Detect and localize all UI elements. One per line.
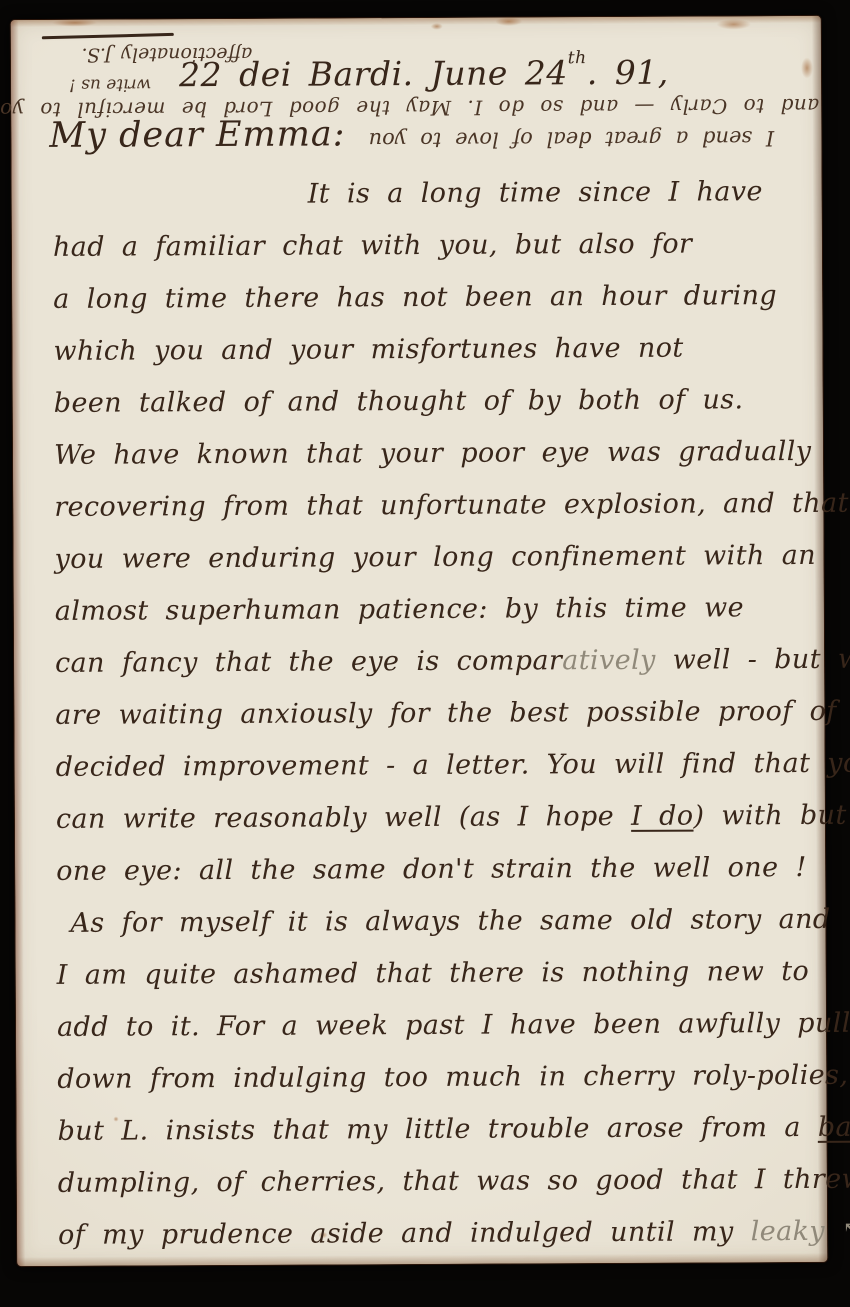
inverted-love-line: I send a great deal of love to you xyxy=(332,116,810,163)
letter-text-segment: It is a long time since I have xyxy=(308,176,763,209)
letter-text-segment: are waiting anxiously for the best possi… xyxy=(55,696,836,731)
letter-line: of my prudence aside and indulged until … xyxy=(58,1206,818,1262)
letter-paper: affectionately J.S. write us ! and to Ca… xyxy=(11,16,828,1266)
letter-text-segment: We have known that your poor eye was gra… xyxy=(54,436,812,471)
letter-text-segment: recovering from that unfortunate explosi… xyxy=(54,488,849,523)
letter-line: are waiting anxiously for the best possi… xyxy=(55,686,815,742)
letter-line: been talked of and thought of by both of… xyxy=(54,374,814,430)
letter-text-segment: add to it. For a week past I have been a… xyxy=(57,1008,850,1043)
letter-text-segment: been talked of and thought of by both of… xyxy=(54,384,744,419)
letter-line: which you and your misfortunes have not xyxy=(53,322,813,378)
letter-line: add to it. For a week past I have been a… xyxy=(57,998,817,1054)
letter-line: had a familiar chat with you, but also f… xyxy=(53,218,813,274)
date-ordinal-suffix: th xyxy=(568,48,587,68)
letter-line: but L. insists that my little trouble ar… xyxy=(57,1102,817,1158)
letter-text-segment: but L. insists that my little trouble ar… xyxy=(57,1112,817,1147)
letter-line: can write reasonably well (as I hope I d… xyxy=(56,790,816,846)
letter-text-segment: can write reasonably well (as I hope xyxy=(56,801,631,835)
letter-text-segment: ) with but xyxy=(693,800,846,832)
letter-text-segment: leaky ↖ xyxy=(751,1216,850,1248)
letter-text-segment: atively xyxy=(562,645,656,676)
letter-line: a long time there has not been an hour d… xyxy=(53,270,813,326)
foxing-stain xyxy=(45,18,105,28)
letter-text-segment: I do xyxy=(631,801,694,832)
salutation: My dear Emma: xyxy=(49,114,345,156)
letter-line: I am quite ashamed that there is nothing… xyxy=(57,946,817,1002)
letter-text-segment: which you and your misfortunes have not xyxy=(53,333,683,367)
letter-line: We have known that your poor eye was gra… xyxy=(54,426,814,482)
letter-text-segment: one eye: all the same don't strain the w… xyxy=(56,852,807,887)
year-text: . 91, xyxy=(587,53,669,92)
foxing-stain xyxy=(429,22,445,31)
letter-text-segment: can fancy that the eye is compar xyxy=(55,645,562,679)
letter-line: It is a long time since I have xyxy=(53,166,813,222)
letter-text-segment: decided improvement - a letter. You will… xyxy=(56,748,850,783)
address-text: 22 dei Bardi. xyxy=(179,54,414,94)
letter-line: decided improvement - a letter. You will… xyxy=(56,738,816,794)
letter-text-segment: well - but we xyxy=(656,644,850,676)
letter-text-segment: almost superhuman patience: by this time… xyxy=(55,592,744,627)
letter-body: It is a long time since I havehad a fami… xyxy=(53,166,819,1262)
letter-line: you were enduring your long confinement … xyxy=(54,530,814,586)
letter-text-segment: As for myself it is always the same old … xyxy=(70,904,830,939)
letter-line: almost superhuman patience: by this time… xyxy=(55,582,815,638)
dateline: 22 dei Bardi. June 24th. 91, xyxy=(179,53,669,95)
letter-text-segment: had a familiar chat with you, but also f… xyxy=(53,229,693,263)
letter-text-segment: I am quite ashamed that there is nothing… xyxy=(57,956,810,991)
date-text: June 24 xyxy=(430,53,567,93)
letter-line: As for myself it is always the same old … xyxy=(56,894,816,950)
foxing-stain xyxy=(711,17,757,31)
photo-backdrop: affectionately J.S. write us ! and to Ca… xyxy=(0,0,850,1307)
letter-text-segment: down from indulging too much in cherry r… xyxy=(57,1060,848,1095)
letter-line: down from indulging too much in cherry r… xyxy=(57,1050,817,1106)
letter-line: recovering from that unfortunate explosi… xyxy=(54,478,814,534)
letter-text-segment: batter xyxy=(818,1111,850,1142)
letter-line: dumpling, of cherries, that was so good … xyxy=(58,1154,818,1210)
letter-text-segment: you were enduring your long confinement … xyxy=(54,540,816,575)
letter-line: can fancy that the eye is comparatively … xyxy=(55,634,815,690)
foxing-stain xyxy=(799,54,815,82)
letter-text-segment: a long time there has not been an hour d… xyxy=(53,280,777,315)
letter-line: one eye: all the same don't strain the w… xyxy=(56,842,816,898)
letter-text-segment: dumpling, of cherries, that was so good … xyxy=(58,1163,850,1198)
letter-text-segment: of my prudence aside and indulged until … xyxy=(58,1216,751,1251)
foxing-stain xyxy=(491,15,527,27)
